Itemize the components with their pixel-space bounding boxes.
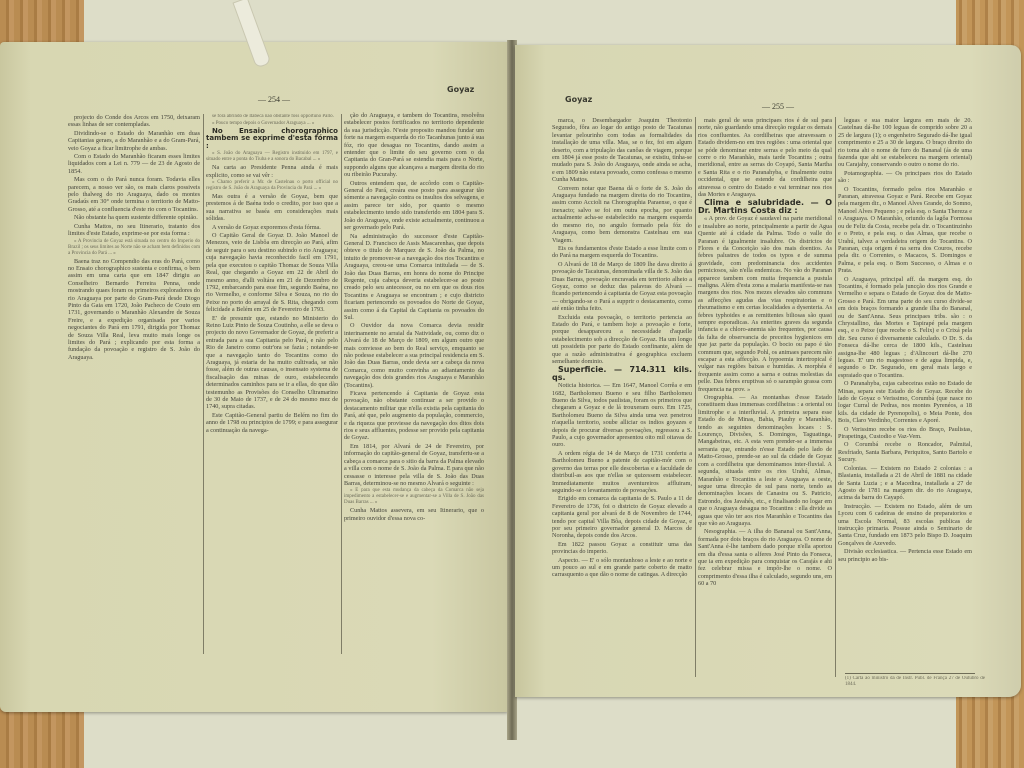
quotation: « S. João do Araguaya — Registro institu…: [206, 151, 338, 163]
paragraph: Na administração do successor d'este Cap…: [344, 233, 484, 322]
paragraph: Excluida esta povoação, o territorio per…: [552, 314, 692, 366]
column-divider: [341, 114, 342, 654]
section-heading-superficie: Superficie. — 714.311 kils. qs.: [552, 366, 692, 381]
left-page: Goyaz — 254 — projecto do Conde dos Arco…: [0, 42, 508, 712]
paragraph: Mas outra é a versão de Goyaz, bem que p…: [206, 193, 338, 223]
paragraph: E' de presumir que, estando no Ministeri…: [206, 315, 338, 411]
quotation: « E para que esta mudança da cabeça da C…: [344, 488, 484, 506]
paragraph: O Corumbá recebe o Roncador, Palmital, R…: [838, 441, 972, 463]
section-heading: No Ensaio chorographico tambem se exprim…: [206, 128, 338, 150]
paragraph: projecto do Conde dos Arcos em 1750, dei…: [68, 114, 200, 129]
paragraph: Baena traz no Compendio das eras do Pará…: [68, 258, 200, 362]
column-divider: [695, 117, 696, 677]
right-page-column-1: marca, o Desembargador Joaquim Theotonio…: [552, 117, 692, 672]
paragraph: Cunha Mattos assevera, em seu Itinerario…: [344, 507, 484, 522]
left-page-column-3: ção do Araguaya, e tambem do Tocantins, …: [344, 112, 484, 662]
paragraph: Potamographia. — Os principaes rios do E…: [838, 170, 972, 185]
page-number-left: — 254 —: [258, 95, 290, 104]
paragraph: Erigido em comarca da capitania de S. Pa…: [552, 495, 692, 539]
paragraph: Outros entendem que, de accôrdo com o Ca…: [344, 180, 484, 232]
paragraph: Noticia historica. — Em 1647, Manoel Cor…: [552, 382, 692, 449]
paragraph: Este Capitão-General partiu de Belém no …: [206, 412, 338, 434]
paragraph: Ficava pertencendo á Capitania de Goyaz …: [344, 390, 484, 442]
footnote-rule: [845, 673, 975, 674]
paragraph: O Ouvidor da nova Comarca devia residir …: [344, 322, 484, 389]
paragraph: Aspecto. — E' o sólo montanhoso a leste …: [552, 557, 692, 579]
left-page-column-1: projecto do Conde dos Arcos em 1750, dei…: [68, 114, 200, 652]
paragraph: Orographia. — As montanhas d'esse Estado…: [698, 394, 832, 527]
quotation: « Chamo preferir a Mr. de Castelnau o po…: [206, 180, 338, 192]
paragraph: Convem notar que Baena dá o forte de S. …: [552, 185, 692, 244]
quotation: se fora abrindo de Itabeca não obstante …: [206, 114, 338, 120]
paragraph: ção do Araguaya, e tambem do Tocantins, …: [344, 112, 484, 179]
column-divider: [835, 117, 836, 677]
paragraph: Em 1822 passou Goyaz a constituir uma da…: [552, 541, 692, 556]
paragraph: Em 1814, por Alvará de 24 de Fevereiro, …: [344, 443, 484, 487]
paragraph: Mas com o do Pará nunca foram. Todavia e…: [68, 176, 200, 213]
column-divider: [203, 114, 204, 654]
paragraph: marca, o Desembargador Joaquim Theotonio…: [552, 117, 692, 184]
paragraph: Não obstante ha quem sustente differente…: [68, 214, 200, 221]
footnote: (1) Carta ao ministro da de Instr. Publ.…: [845, 676, 985, 690]
paragraph: Colonias. — Existem no Estado 2 colonias…: [838, 465, 972, 502]
paragraph: O Alvará de 18 de Março de 1809 lhe dava…: [552, 261, 692, 313]
paragraph: Dividindo-se o Estado do Maranhão em dua…: [68, 130, 200, 152]
right-page-column-3: leguas e sua maior largura em mais de 20…: [838, 117, 972, 647]
paragraph: A versão de Goyaz exporemos d'esta fórma…: [206, 224, 338, 231]
paragraph: O Paranahyba, cujas cabeceiras estão no …: [838, 380, 972, 424]
paragraph: A ordem régia de 14 de Março de 1731 con…: [552, 450, 692, 494]
left-page-column-2: se fora abrindo de Itabeca não obstante …: [206, 114, 338, 652]
paragraph: Eis os fundamentos d'este Estado a esse …: [552, 245, 692, 260]
section-heading-clima: Clima e salubridade. — O Dr. Martins Cos…: [698, 199, 832, 214]
right-page-column-2: mais geral de seus principaes rios é de …: [698, 117, 832, 677]
paragraph: leguas e sua maior largura em mais de 20…: [838, 117, 972, 169]
paragraph: Divisão ecclesiastica. — Pertencia esse …: [838, 548, 972, 563]
quotation: « A Provincia de Goyaz está situada no c…: [68, 239, 200, 257]
paragraph: mais geral de seus principaes rios é de …: [698, 117, 832, 198]
paragraph: « A prov. de Goyaz é saudavel na parte m…: [698, 215, 832, 393]
paragraph: O Capitão Geral de Goyaz D. João Manoel …: [206, 232, 338, 313]
paragraph: Na carta ao Presidente Penna ainda é mai…: [206, 164, 338, 179]
paragraph: O Araguaya, principal aff. da margem esq…: [838, 276, 972, 380]
right-page: Goyaz — 255 — marca, o Desembargador Joa…: [515, 45, 1021, 697]
paragraph: Instrucção. — Existem no Estado, além de…: [838, 503, 972, 547]
paragraph: O Tocantins, formado pelos rios Maranhão…: [838, 186, 972, 275]
paragraph: O Verissimo recebe os rios do Braço, Pau…: [838, 426, 972, 441]
running-head-right: Goyaz: [565, 95, 592, 104]
page-number-right: — 255 —: [762, 102, 794, 111]
paragraph: Com o Estado do Maranhão ficaram esses l…: [68, 153, 200, 175]
paragraph: Nesographia. — A ilha do Bananal ou Sant…: [698, 528, 832, 587]
running-head-left: Goyaz: [447, 85, 474, 94]
paragraph: Cunha Mattos, no seu Itinerario, tratant…: [68, 223, 200, 238]
